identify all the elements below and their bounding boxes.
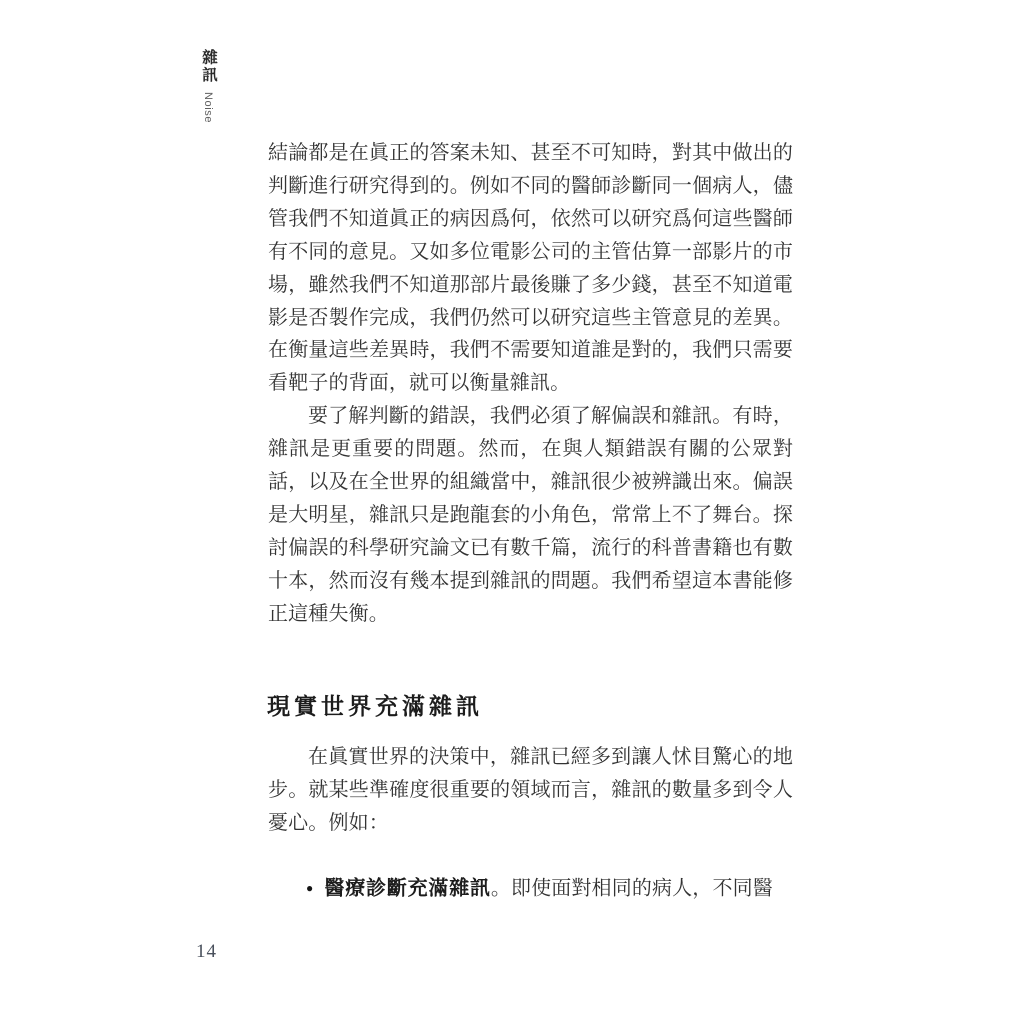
running-title-cjk: 雜訊 xyxy=(197,49,219,84)
paragraph-continued: 結論都是在眞正的答案未知、甚至不可知時，對其中做出的判斷進行研究得到的。例如不同… xyxy=(268,137,793,400)
paragraph: 要了解判斷的錯誤，我們必須了解偏誤和雜訊。有時，雜訊是更重要的問題。然而，在與人… xyxy=(268,400,793,630)
running-title-latin: Noise xyxy=(202,92,214,123)
bullet-icon: ● xyxy=(306,872,313,905)
bullet-lead-text: 醫療診斷充滿雜訊 xyxy=(324,878,490,900)
running-title: 雜訊 Noise xyxy=(197,49,219,123)
book-page: 雜訊 Noise 結論都是在眞正的答案未知、甚至不可知時，對其中做出的判斷進行研… xyxy=(0,0,1024,1024)
bullet-item: ●醫療診斷充滿雜訊。即使面對相同的病人，不同醫 xyxy=(306,872,806,906)
page-number: 14 xyxy=(196,941,217,963)
section-heading: 現實世界充滿雜訊 xyxy=(267,688,483,721)
section-intro-paragraph: 在眞實世界的決策中，雜訊已經多到讓人怵目驚心的地步。就某些準確度很重要的領域而言… xyxy=(268,741,793,840)
page-body: 結論都是在眞正的答案未知、甚至不可知時，對其中做出的判斷進行研究得到的。例如不同… xyxy=(268,137,793,631)
bullet-body-text: 。即使面對相同的病人，不同醫 xyxy=(491,878,773,900)
